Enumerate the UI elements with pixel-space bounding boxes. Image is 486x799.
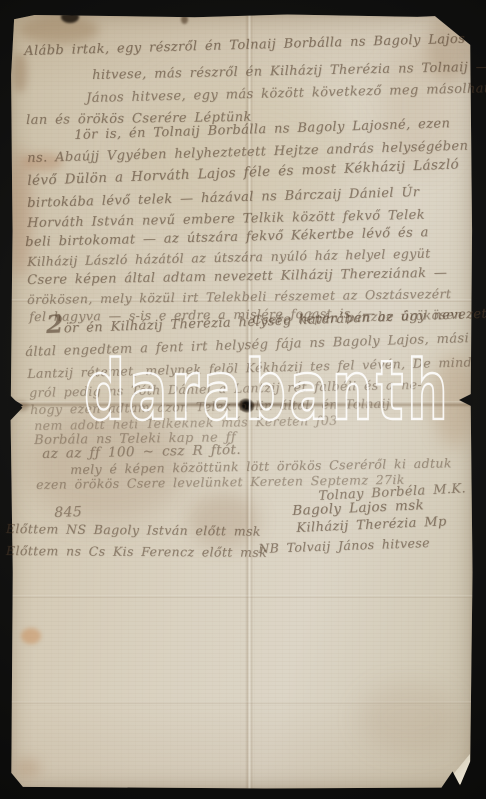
manuscript-line: birtokába lévő telek — házával ns Bárcza…: [27, 185, 420, 211]
manuscript-line: Csere képen által adtam nevezett Kilházi…: [27, 266, 447, 288]
photo-background: Alább irtak, egy részről én Tolnaij Borb…: [0, 0, 486, 799]
manuscript-line: örökösen, mely közül irt Telekbeli része…: [27, 286, 451, 307]
manuscript-line: 845: [54, 504, 82, 521]
manuscript-line: Kilházij László házától az útszára nyúló…: [27, 246, 431, 269]
manuscript-line: hitvese, más részről én Kilházij Therézi…: [92, 60, 486, 83]
manuscript-line: Előttem ns Cs Kis Ferencz előtt msk: [6, 543, 267, 560]
manuscript-line: János hitvese, egy más között következő …: [86, 81, 486, 106]
watermark-overlay: darabanth: [84, 352, 451, 432]
manuscript-line: Előttem NS Bagoly István előtt msk: [6, 521, 261, 539]
manuscript-line: Alább irtak, egy részről én Tolnaij Borb…: [24, 32, 465, 59]
manuscript-line: NB Tolvaij János hitvese: [258, 535, 430, 556]
